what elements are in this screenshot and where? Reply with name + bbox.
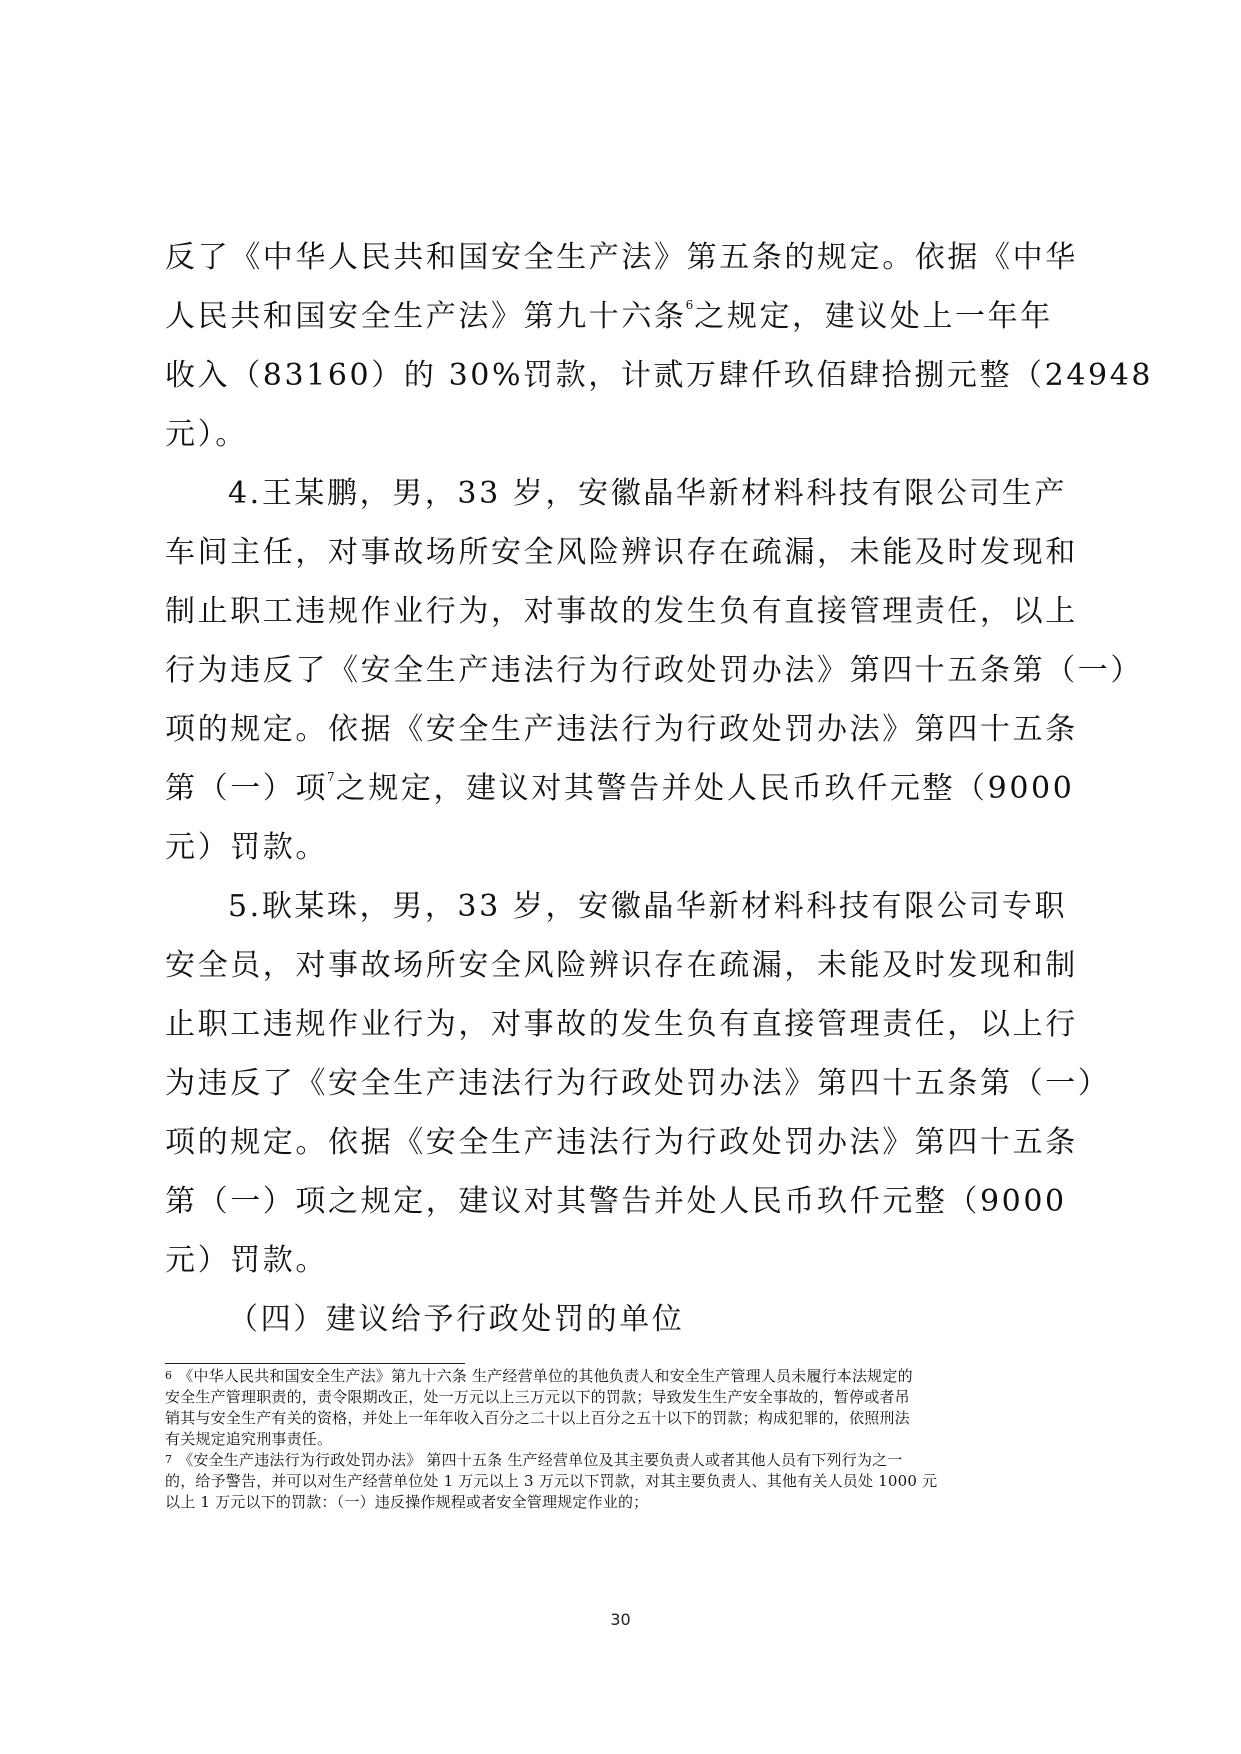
footnote-line: 的，给予警告，并可以对生产经营单位处 1 万元以上 3 万元以下罚款，对其主要负…: [165, 1471, 1090, 1492]
body-line: 人民共和国安全生产法》第九十六条6之规定，建议处上一年年: [165, 287, 1090, 346]
body-line: 反了《中华人民共和国安全生产法》第五条的规定。依据《中华: [165, 228, 1090, 287]
body-line: 收入（83160）的 30%罚款，计贰万肆仟玖佰肆拾捌元整（24948: [165, 346, 1090, 405]
line-text: 项的规定。依据《安全生产违法行为行政处罚办法》第四十五条: [165, 1125, 1078, 1160]
line-text: 之规定，建议对其警告并处人民币玖仟元整（9000: [336, 771, 1075, 806]
line-text: 车间主任，对事故场所安全风险辨识存在疏漏，未能及时发现和: [165, 535, 1078, 570]
page-number: 30: [0, 1610, 1241, 1629]
footnote-line: 7《安全生产违法行为行政处罚办法》 第四十五条 生产经营单位及其主要负责人或者其…: [165, 1450, 1090, 1471]
line-text: 元）。: [165, 417, 248, 452]
footnote-text: 安全生产管理职责的，责令限期改正，处一万元以上三万元以下的罚款；导致发生生产安全…: [165, 1388, 910, 1406]
body-line: 项的规定。依据《安全生产违法行为行政处罚办法》第四十五条: [165, 700, 1090, 759]
footnote-line: 以上 1 万元以下的罚款：（一）违反操作规程或者安全管理规定作业的；: [165, 1492, 1090, 1513]
document-page: 反了《中华人民共和国安全生产法》第五条的规定。依据《中华 人民共和国安全生产法》…: [0, 0, 1241, 1754]
footnote-line: 安全生产管理职责的，责令限期改正，处一万元以上三万元以下的罚款；导致发生生产安全…: [165, 1387, 1090, 1408]
line-text: 制止职工违规作业行为，对事故的发生负有直接管理责任，以上: [165, 594, 1078, 629]
line-text: 之规定，建议处上一年年: [694, 299, 1053, 334]
footnote-6: 6《中华人民共和国安全生产法》第九十六条 生产经营单位的其他负责人和安全生产管理…: [165, 1366, 1090, 1450]
line-text: 元）罚款。: [165, 1243, 328, 1278]
body-line: 为违反了《安全生产违法行为行政处罚办法》第四十五条第（一）: [165, 1054, 1090, 1113]
body-line: 元）罚款。: [165, 1231, 1090, 1290]
line-text: 元）罚款。: [165, 830, 328, 865]
line-text: 安全员，对事故场所安全风险辨识存在疏漏，未能及时发现和制: [165, 948, 1078, 983]
body-line: 元）罚款。: [165, 818, 1090, 877]
footnote-text: 《中华人民共和国安全生产法》第九十六条 生产经营单位的其他负责人和安全生产管理人…: [178, 1367, 913, 1385]
line-text: 行为违反了《安全生产违法行为行政处罚办法》第四十五条第（一）: [165, 653, 1143, 688]
footnotes: 6《中华人民共和国安全生产法》第九十六条 生产经营单位的其他负责人和安全生产管理…: [165, 1366, 1090, 1513]
body-line: 元）。: [165, 405, 1090, 464]
footnote-text: 有关规定追究刑事责任。: [165, 1430, 332, 1448]
heading-text: （四）建议给予行政处罚的单位: [228, 1302, 684, 1337]
footnote-text: 的，给予警告，并可以对生产经营单位处 1 万元以上 3 万元以下罚款，对其主要负…: [165, 1472, 937, 1490]
line-text: 第（一）项: [165, 771, 328, 806]
line-text: 收入（83160）的 30%罚款，计贰万肆仟玖佰肆拾捌元整（24948: [165, 358, 1153, 393]
footnote-reference-6[interactable]: 6: [686, 298, 694, 312]
footnote-mark: 6: [165, 1369, 172, 1382]
footnote-text: 《安全生产违法行为行政处罚办法》 第四十五条 生产经营单位及其主要负责人或者其他…: [178, 1451, 902, 1469]
body-line: 车间主任，对事故场所安全风险辨识存在疏漏，未能及时发现和: [165, 523, 1090, 582]
body-line: 止职工违规作业行为，对事故的发生负有直接管理责任，以上行: [165, 995, 1090, 1054]
body-line: 行为违反了《安全生产违法行为行政处罚办法》第四十五条第（一）: [165, 641, 1090, 700]
line-text: 5.耿某珠，男，33 岁，安徽晶华新材料科技有限公司专职: [228, 889, 1067, 924]
line-text: 人民共和国安全生产法》第九十六条: [165, 299, 687, 334]
footnote-text: 销其与安全生产有关的资格，并处上一年年收入百分之二十以上百分之五十以下的罚款；构…: [165, 1409, 910, 1427]
footnote-separator: [165, 1363, 465, 1364]
line-text: 第（一）项之规定，建议对其警告并处人民币玖仟元整（9000: [165, 1184, 1067, 1219]
body-line: 第（一）项7之规定，建议对其警告并处人民币玖仟元整（9000: [165, 759, 1090, 818]
footnote-line: 销其与安全生产有关的资格，并处上一年年收入百分之二十以上百分之五十以下的罚款；构…: [165, 1408, 1090, 1429]
body-line: 项的规定。依据《安全生产违法行为行政处罚办法》第四十五条: [165, 1113, 1090, 1172]
footnote-7: 7《安全生产违法行为行政处罚办法》 第四十五条 生产经营单位及其主要负责人或者其…: [165, 1450, 1090, 1513]
body-line: 制止职工违规作业行为，对事故的发生负有直接管理责任，以上: [165, 582, 1090, 641]
line-text: 4.王某鹏，男，33 岁，安徽晶华新材料科技有限公司生产: [228, 476, 1067, 511]
footnote-line: 有关规定追究刑事责任。: [165, 1429, 1090, 1450]
section-heading: （四）建议给予行政处罚的单位: [165, 1290, 1090, 1349]
paragraph-item-4-start: 4.王某鹏，男，33 岁，安徽晶华新材料科技有限公司生产: [165, 464, 1090, 523]
body-line: 第（一）项之规定，建议对其警告并处人民币玖仟元整（9000: [165, 1172, 1090, 1231]
footnote-line: 6《中华人民共和国安全生产法》第九十六条 生产经营单位的其他负责人和安全生产管理…: [165, 1366, 1090, 1387]
line-text: 为违反了《安全生产违法行为行政处罚办法》第四十五条第（一）: [165, 1066, 1110, 1101]
footnote-mark: 7: [165, 1453, 172, 1466]
body-line: 安全员，对事故场所安全风险辨识存在疏漏，未能及时发现和制: [165, 936, 1090, 995]
line-text: 反了《中华人民共和国安全生产法》第五条的规定。依据《中华: [165, 240, 1078, 275]
line-text: 项的规定。依据《安全生产违法行为行政处罚办法》第四十五条: [165, 712, 1078, 747]
footnote-text: 以上 1 万元以下的罚款：（一）违反操作规程或者安全管理规定作业的；: [165, 1493, 648, 1511]
line-text: 止职工违规作业行为，对事故的发生负有直接管理责任，以上行: [165, 1007, 1078, 1042]
footnote-reference-7[interactable]: 7: [327, 770, 335, 784]
body-text: 反了《中华人民共和国安全生产法》第五条的规定。依据《中华 人民共和国安全生产法》…: [165, 228, 1090, 1349]
paragraph-item-5-start: 5.耿某珠，男，33 岁，安徽晶华新材料科技有限公司专职: [165, 877, 1090, 936]
